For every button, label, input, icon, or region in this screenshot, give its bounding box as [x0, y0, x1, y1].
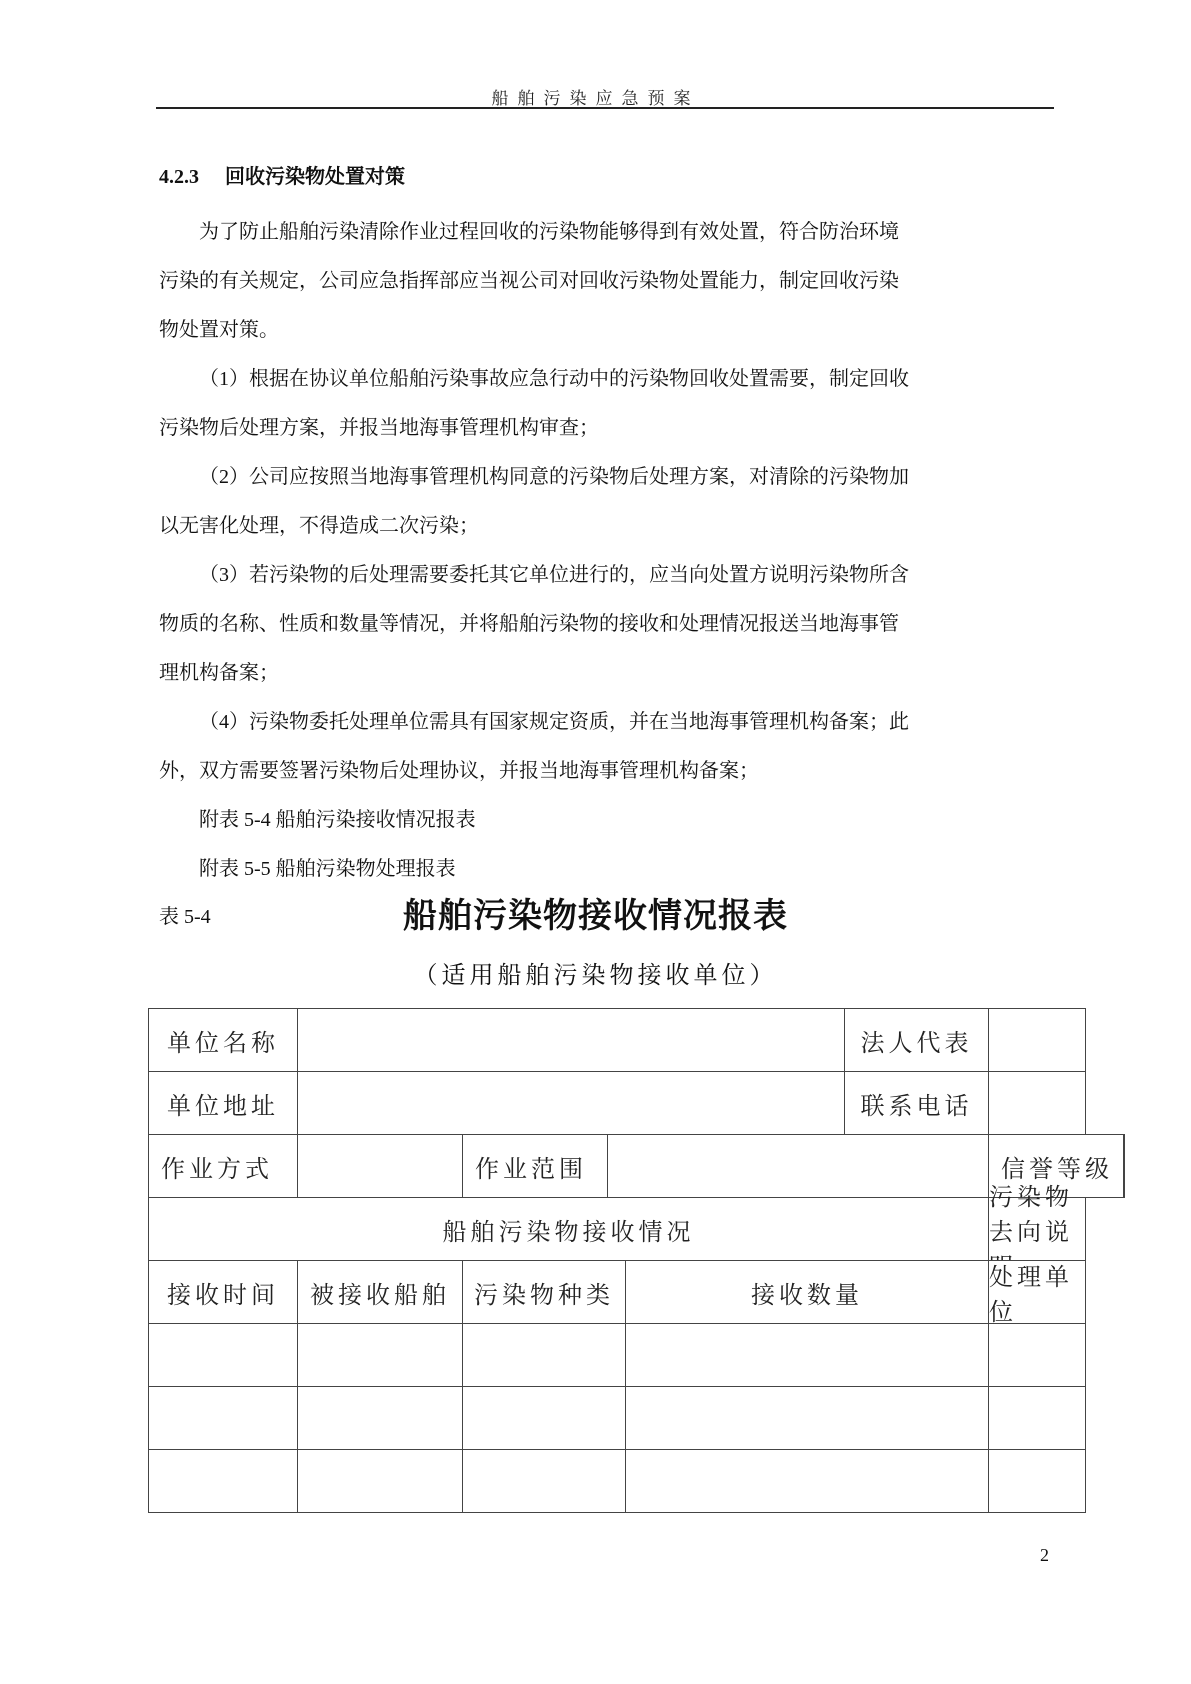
paragraph-line: 物处置对策。 [159, 306, 1054, 355]
section-title: 回收污染物处置对策 [225, 166, 405, 188]
table-cell[interactable] [148, 1386, 298, 1450]
table-cell[interactable] [148, 1323, 298, 1387]
table-cell[interactable] [988, 1386, 1086, 1450]
table-cell[interactable] [625, 1323, 989, 1387]
table-subtitle: （适用船舶污染物接收单位） [0, 955, 1191, 990]
paragraph-item-1: （1）根据在协议单位船舶污染事故应急行动中的污染物回收处置需要，制定回收 污染物… [159, 355, 1054, 453]
label-contact-phone: 联系电话 [844, 1071, 989, 1135]
pollutant-reception-form: 单位名称 法人代表 单位地址 联系电话 作业方式 作业范围 信誉等级 船舶污染物… [148, 1008, 1086, 1512]
appendix-line: 附表 5-5 船舶污染物处理报表 [159, 845, 1054, 894]
column-header-reception-time: 接收时间 [148, 1260, 298, 1324]
table-cell[interactable] [462, 1323, 626, 1387]
label-operation-scope: 作业范围 [462, 1134, 608, 1198]
label-operation-mode: 作业方式 [148, 1134, 298, 1198]
label-unit-address: 单位地址 [148, 1071, 298, 1135]
section-number: 4.2.3 [159, 166, 199, 188]
field-unit-name[interactable] [297, 1008, 845, 1072]
paragraph-line: （2）公司应按照当地海事管理机构同意的污染物后处理方案，对清除的污染物加 [159, 453, 1054, 502]
column-header-quantity: 接收数量 [625, 1260, 989, 1324]
table-cell[interactable] [297, 1449, 463, 1513]
column-header-pollutant-type: 污染物种类 [462, 1260, 626, 1324]
paragraph-item-4: （4）污染物委托处理单位需具有国家规定资质，并在当地海事管理机构备案；此 外，双… [159, 698, 1054, 796]
paragraph-line: （3）若污染物的后处理需要委托其它单位进行的，应当向处置方说明污染物所含 [159, 551, 1054, 600]
paragraph-line: 外，双方需要签署污染物后处理协议，并报当地海事管理机构备案； [159, 747, 1054, 796]
paragraph-line: 物质的名称、性质和数量等情况，并将船舶污染物的接收和处理情况报送当地海事管 [159, 600, 1054, 649]
appendix-ref-5-4: 附表 5-4 船舶污染接收情况报表 [159, 796, 1054, 845]
table-cell[interactable] [988, 1449, 1086, 1513]
page-number: 2 [1040, 1545, 1049, 1566]
appendix-line: 附表 5-4 船舶污染接收情况报表 [159, 796, 1054, 845]
field-unit-address[interactable] [297, 1071, 845, 1135]
column-header-received-ship: 被接收船舶 [297, 1260, 463, 1324]
paragraph-item-3: （3）若污染物的后处理需要委托其它单位进行的，应当向处置方说明污染物所含 物质的… [159, 551, 1054, 698]
table-cell[interactable] [625, 1386, 989, 1450]
field-operation-scope[interactable] [607, 1134, 989, 1198]
paragraph-line: 为了防止船舶污染清除作业过程回收的污染物能够得到有效处置，符合防治环境 [159, 208, 1054, 257]
paragraph-line: 以无害化处理，不得造成二次污染； [159, 502, 1054, 551]
table-cell[interactable] [462, 1386, 626, 1450]
field-credit-rating[interactable] [1123, 1134, 1125, 1198]
paragraph-line: （1）根据在协议单位船舶污染事故应急行动中的污染物回收处置需要，制定回收 [159, 355, 1054, 404]
label-reception-status: 船舶污染物接收情况 [148, 1197, 989, 1261]
table-cell[interactable] [625, 1449, 989, 1513]
table-title: 船舶污染物接收情况报表 [0, 888, 1191, 937]
paragraph-intro: 为了防止船舶污染清除作业过程回收的污染物能够得到有效处置，符合防治环境 污染的有… [159, 208, 1054, 355]
paragraph-line: （4）污染物委托处理单位需具有国家规定资质，并在当地海事管理机构备案；此 [159, 698, 1054, 747]
table-cell[interactable] [462, 1449, 626, 1513]
field-contact-phone[interactable] [988, 1071, 1086, 1135]
table-cell[interactable] [297, 1323, 463, 1387]
header-title: 船舶污染应急预案 [0, 84, 1191, 109]
table-cell[interactable] [148, 1449, 298, 1513]
label-unit-name: 单位名称 [148, 1008, 298, 1072]
paragraph-line: 理机构备案； [159, 649, 1054, 698]
table-cell[interactable] [297, 1386, 463, 1450]
paragraph-line: 污染物后处理方案，并报当地海事管理机构审查； [159, 404, 1054, 453]
paragraph-item-2: （2）公司应按照当地海事管理机构同意的污染物后处理方案，对清除的污染物加 以无害… [159, 453, 1054, 551]
column-header-processing-unit: 处理单位 [988, 1260, 1086, 1324]
label-legal-rep: 法人代表 [844, 1008, 989, 1072]
field-legal-rep[interactable] [988, 1008, 1086, 1072]
label-destination-note: 污染物去向说明 [988, 1197, 1086, 1261]
header-divider [156, 107, 1054, 109]
paragraph-line: 污染的有关规定，公司应急指挥部应当视公司对回收污染物处置能力，制定回收污染 [159, 257, 1054, 306]
table-cell[interactable] [988, 1323, 1086, 1387]
field-operation-mode[interactable] [297, 1134, 463, 1198]
appendix-ref-5-5: 附表 5-5 船舶污染物处理报表 [159, 845, 1054, 894]
section-heading: 4.2.3回收污染物处置对策 [159, 160, 405, 189]
